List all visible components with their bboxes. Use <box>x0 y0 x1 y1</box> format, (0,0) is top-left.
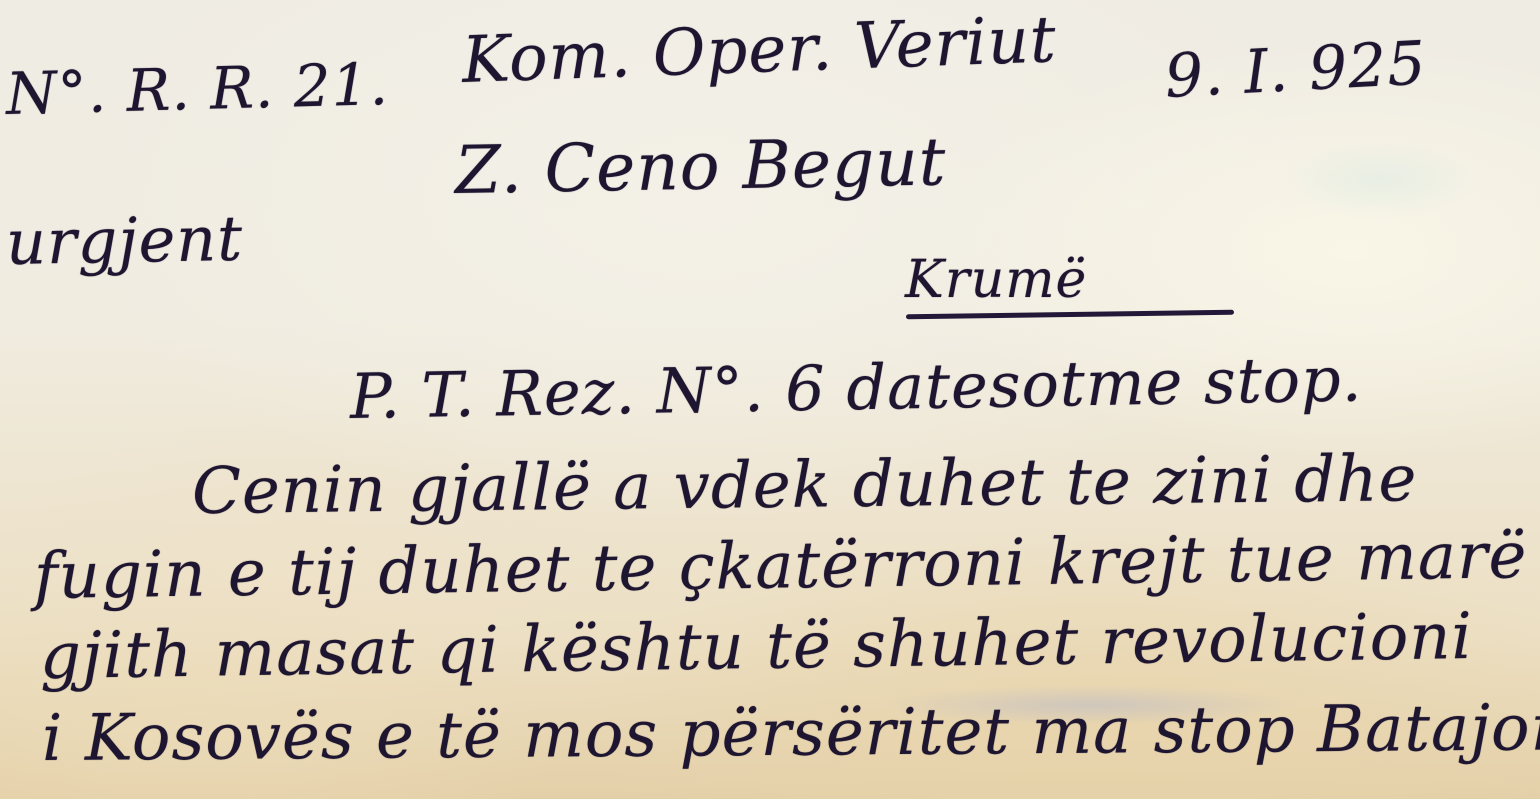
body-line: gjith masat qi kështu të shuhet revoluci… <box>39 600 1473 694</box>
paper-stain <box>1280 140 1480 220</box>
urgency-label: urgjent <box>5 202 243 279</box>
body-line: i Kosovës e të mos përsëritet ma stop Ba… <box>42 691 1540 776</box>
document-date: 9. I. 925 <box>1163 28 1428 112</box>
reference-line: P. T. Rez. N°. 6 datesotme stop. <box>349 342 1363 433</box>
recipient-name: Z. Ceno Begut <box>454 123 947 209</box>
body-line: Cenin gjallë a vdek duhet te zini dhe <box>192 442 1418 529</box>
body-line: fugin e tij duhet te çkatërroni krejt tu… <box>33 519 1527 614</box>
destination-place: Krumë <box>905 250 1087 310</box>
addressee-line: Kom. Oper. Veriut <box>461 3 1058 98</box>
reference-number: N°. R. R. 21. <box>5 50 390 128</box>
destination-underline <box>906 310 1234 320</box>
